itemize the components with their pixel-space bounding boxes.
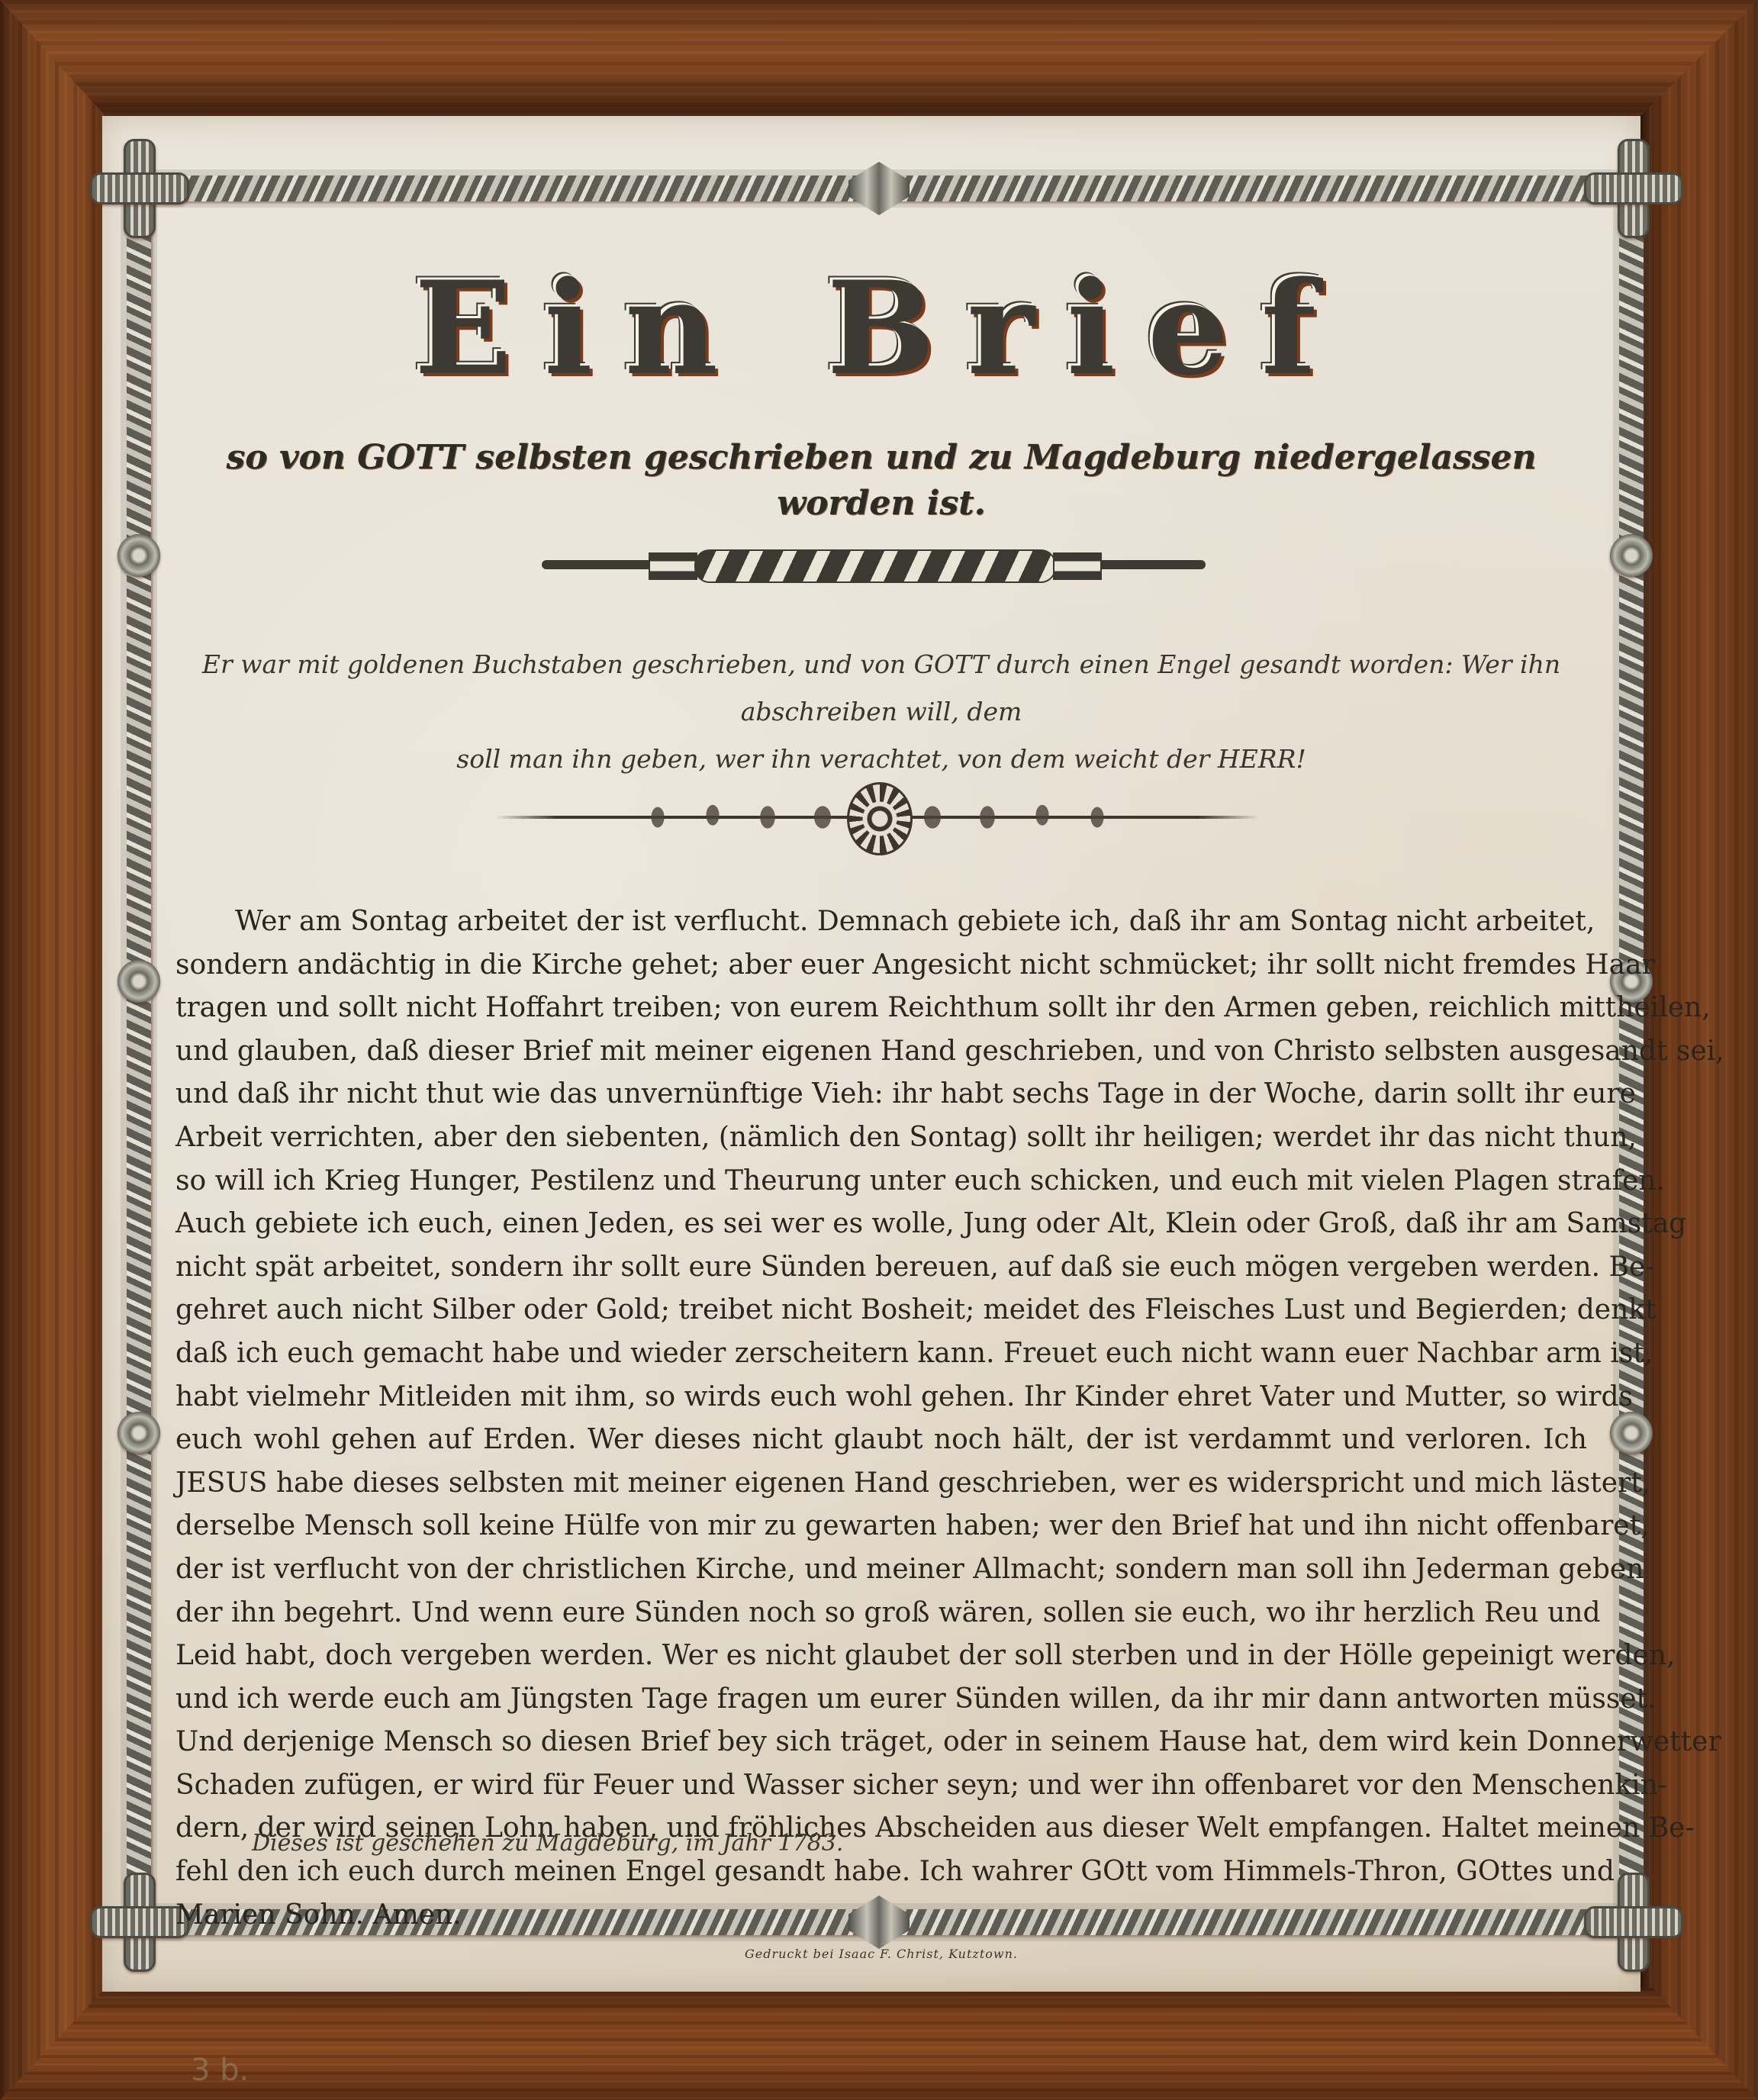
- body-line: habt vielmehr Mitleiden mit ihm, so wird…: [175, 1376, 1587, 1419]
- body-line: der ihn begehrt. Und wenn eure Sünden no…: [175, 1592, 1587, 1635]
- body-line: Und derjenige Mensch so diesen Brief bey…: [175, 1721, 1587, 1764]
- body-line: Auch gebiete ich euch, einen Jeden, es s…: [175, 1203, 1587, 1246]
- body-line: daß ich euch gemacht habe und wieder zer…: [175, 1332, 1587, 1376]
- body-line: und ich werde euch am Jüngsten Tage frag…: [175, 1678, 1587, 1722]
- body-line: Wer am Sontag arbeitet der ist verflucht…: [175, 900, 1587, 944]
- body-line: Schaden zufügen, er wird für Feuer und W…: [175, 1764, 1587, 1808]
- left-border-knot-icon: [118, 960, 160, 1003]
- right-border-knot-icon: [1610, 1412, 1653, 1454]
- intro-line: soll man ihn geben, wer ihn verachtet, v…: [175, 736, 1587, 783]
- corner-cross-icon: [1584, 1873, 1683, 1972]
- body-line: der ist verflucht von der christlichen K…: [175, 1548, 1587, 1592]
- document-subtitle: so von GOTT selbsten geschrieben und zu …: [175, 435, 1587, 527]
- intro-line: Er war mit goldenen Buchstaben geschrieb…: [175, 641, 1587, 736]
- left-border-knot-icon: [118, 1412, 160, 1454]
- body-line: JESUS habe dieses selbsten mit meiner ei…: [175, 1462, 1587, 1506]
- body-line: sondern andächtig in die Kirche gehet; a…: [175, 944, 1587, 987]
- frame-top-rail: [0, 0, 1758, 118]
- body-line: euch wohl gehen auf Erden. Wer dieses ni…: [175, 1419, 1587, 1462]
- ornamental-border-left: [127, 191, 151, 1917]
- body-line: nicht spät arbeitet, sondern ihr sollt e…: [175, 1246, 1587, 1290]
- document-title: Ein Brief: [175, 252, 1587, 404]
- corner-cross-icon: [1584, 139, 1683, 238]
- intro-paragraph: Er war mit goldenen Buchstaben geschrieb…: [175, 641, 1587, 783]
- dated-line: Dieses ist geschehen zu Magdeburg, im Ja…: [252, 1828, 1167, 1859]
- body-line: Marien Sohn. Amen.: [175, 1894, 1587, 1937]
- frame-bottom-rail: [0, 1988, 1758, 2100]
- body-line: Leid habt, doch vergeben werden. Wer es …: [175, 1635, 1587, 1678]
- body-line: und glauben, daß dieser Brief mit meiner…: [175, 1030, 1587, 1074]
- corner-cross-icon: [90, 139, 189, 238]
- left-border-knot-icon: [118, 534, 160, 577]
- body-line: gehret auch nicht Silber oder Gold; trei…: [175, 1289, 1587, 1332]
- floral-rosette-divider-icon: [496, 782, 1259, 851]
- corner-cross-icon: [90, 1873, 189, 1972]
- body-line: und daß ihr nicht thut wie das unvernünf…: [175, 1073, 1587, 1116]
- body-line: derselbe Mensch soll keine Hülfe von mir…: [175, 1505, 1587, 1548]
- frame-left-rail: [0, 0, 107, 2100]
- twisted-rope-divider-icon: [542, 549, 1206, 580]
- printer-imprint: Gedruckt bei Isaac F. Christ, Kutztown.: [710, 1946, 1053, 1963]
- body-line: so will ich Krieg Hunger, Pestilenz und …: [175, 1160, 1587, 1203]
- right-border-knot-icon: [1610, 534, 1653, 577]
- frame-inventory-mark: 3 b.: [191, 2053, 249, 2088]
- body-line: tragen und sollt nicht Hoffahrt treiben;…: [175, 987, 1587, 1030]
- body-line: Arbeit verrichten, aber den siebenten, (…: [175, 1116, 1587, 1160]
- letter-body: Wer am Sontag arbeitet der ist verflucht…: [175, 900, 1587, 1937]
